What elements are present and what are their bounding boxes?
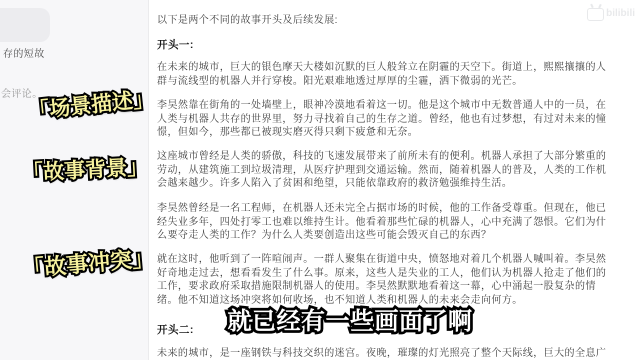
story1-paragraph-conflict: 就在这时，他听到了一阵喧闹声。一群人聚集在街道中央，愤怒地对着几个机器人喊叫着。… <box>157 253 606 307</box>
story2-paragraph-scene: 未来的城市，是一座钢铁与科技交织的迷宫。夜晚，璀璨的灯光照亮了整个天际线，巨大的… <box>157 347 606 360</box>
chat-bubble <box>0 8 50 42</box>
story1-paragraph-background: 这座城市曾经是人类的骄傲，科技的飞速发展带来了前所未有的便利。机器人承担了大部分… <box>157 150 606 191</box>
bilibili-watermark: bilibili <box>587 5 635 21</box>
story1-paragraph-scene: 在未来的城市，巨大的银色摩天大楼如沉默的巨人般耸立在阴霾的天空下。街道上，熙熙攘… <box>157 61 606 88</box>
section-heading-2: 开头二: <box>157 324 194 338</box>
story1-paragraph-engineer: 李昊然曾经是一名工程师，在机器人还未完全占据市场的时候，他的工作备受尊重。但现在… <box>157 202 606 243</box>
sidebar-text-snippet-top: 存的短故 <box>3 45 45 60</box>
watermark-text: bilibili <box>606 8 635 19</box>
tv-icon <box>587 8 604 21</box>
video-subtitle: 就已经有一些画面了啊 <box>228 301 473 336</box>
intro-line: 以下是两个不同的故事开头及后续发展: <box>157 14 338 28</box>
video-frame: 存的短故 会评论。 以下是两个不同的故事开头及后续发展: 开头一: 在未来的城市… <box>0 0 640 360</box>
section-heading-1: 开头一: <box>157 39 194 53</box>
story1-paragraph-protagonist: 李昊然靠在街角的一处墙壁上，眼神冷漠地看着这一切。他是这个城市中无数普通人中的一… <box>157 99 606 140</box>
